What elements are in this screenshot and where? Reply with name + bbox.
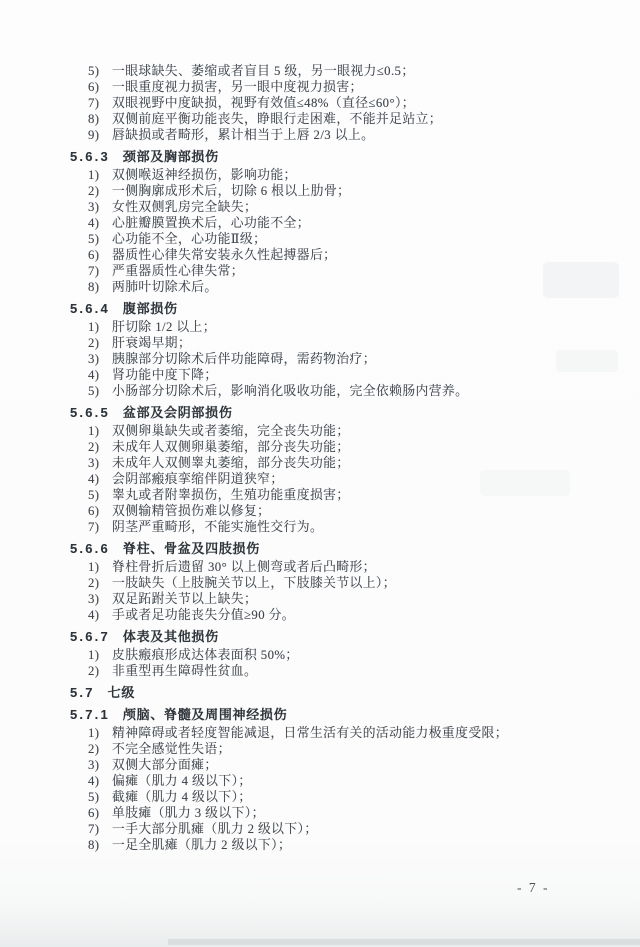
list-item: 3) 未成年人双侧睾丸萎缩，部分丧失功能； (88, 455, 640, 471)
item-text: 双足跖跗关节以上缺失； (112, 591, 640, 607)
section-heading: 5.7.1 颅脑、脊髓及周围神经损伤 (70, 707, 640, 723)
item-text: 两肺叶切除术后。 (112, 279, 640, 295)
list-item: 8) 一足全肌瘫（肌力 2 级以下）； (88, 837, 640, 853)
section-title: 颈部及胸部损伤 (123, 149, 219, 165)
item-number: 3) (88, 455, 112, 471)
section-title: 腹部损伤 (123, 301, 178, 317)
list-item: 6) 一眼重度视力损害，另一眼中度视力损害； (88, 79, 640, 95)
section-number: 5.6.3 (70, 149, 110, 165)
section-number: 5.6.7 (70, 629, 110, 645)
item-number: 2) (88, 439, 112, 455)
item-text: 一眼重度视力损害，另一眼中度视力损害； (112, 79, 640, 95)
list-item: 3) 女性双侧乳房完全缺失； (88, 199, 640, 215)
item-text: 未成年人双侧卵巢萎缩，部分丧失功能； (112, 439, 640, 455)
item-number: 3) (88, 757, 112, 773)
list-item: 9) 唇缺损或者畸形，累计相当于上唇 2/3 以上。 (88, 127, 640, 143)
section-heading: 5.7 七级 (70, 685, 640, 701)
item-text: 心脏瓣膜置换术后，心功能不全； (112, 215, 640, 231)
item-text: 一手大部分肌瘫（肌力 2 级以下）； (112, 821, 640, 837)
item-text: 皮肤瘢痕形成达体表面积 50%； (112, 647, 640, 663)
item-text: 双侧大部分面瘫； (112, 757, 640, 773)
item-text: 阴茎严重畸形，不能实施性交行为。 (112, 519, 640, 535)
section-title: 颅脑、脊髓及周围神经损伤 (123, 707, 287, 723)
list-item: 6) 双侧输精管损伤难以修复； (88, 503, 640, 519)
item-text: 偏瘫（肌力 4 级以下）； (112, 773, 640, 789)
item-text: 器质性心律失常安装永久性起搏器后； (112, 247, 640, 263)
page-number: - 7 - (517, 880, 550, 896)
list-item: 4) 肾功能中度下降； (88, 367, 640, 383)
list-item: 6) 器质性心律失常安装永久性起搏器后； (88, 247, 640, 263)
item-text: 精神障碍或者轻度智能减退，日常生活有关的活动能力极重度受限； (112, 725, 640, 741)
list-item: 5) 一眼球缺失、萎缩或者盲目 5 级，另一眼视力≤0.5； (88, 63, 640, 79)
section-heading: 5.6.5 盆部及会阴部损伤 (70, 405, 640, 421)
list-item: 7) 一手大部分肌瘫（肌力 2 级以下）； (88, 821, 640, 837)
item-text: 小肠部分切除术后，影响消化吸收功能，完全依赖肠内营养。 (112, 383, 640, 399)
item-number: 2) (88, 575, 112, 591)
item-number: 7) (88, 95, 112, 111)
item-number: 5) (88, 63, 112, 79)
item-number: 1) (88, 319, 112, 335)
list-item: 6) 单肢瘫（肌力 3 级以下）； (88, 805, 640, 821)
list-item: 5) 睾丸或者附睾损伤，生殖功能重度损害； (88, 487, 640, 503)
item-number: 3) (88, 591, 112, 607)
item-text: 睾丸或者附睾损伤，生殖功能重度损害； (112, 487, 640, 503)
list-item: 4) 会阴部瘢痕挛缩伴阴道狭窄； (88, 471, 640, 487)
list-item: 4) 手或者足功能丧失分值≥90 分。 (88, 607, 640, 623)
item-text: 唇缺损或者畸形，累计相当于上唇 2/3 以上。 (112, 127, 640, 143)
item-number: 1) (88, 559, 112, 575)
list-item: 2) 一肢缺失（上肢腕关节以上，下肢膝关节以上）； (88, 575, 640, 591)
item-text: 不完全感觉性失语； (112, 741, 640, 757)
item-text: 双侧输精管损伤难以修复； (112, 503, 640, 519)
list-item: 7) 阴茎严重畸形，不能实施性交行为。 (88, 519, 640, 535)
document-body: 5) 一眼球缺失、萎缩或者盲目 5 级，另一眼视力≤0.5； 6) 一眼重度视力… (0, 63, 640, 853)
item-number: 2) (88, 335, 112, 351)
item-text: 严重器质性心律失常； (112, 263, 640, 279)
list-item: 1) 脊柱骨折后遗留 30° 以上侧弯或者后凸畸形； (88, 559, 640, 575)
item-number: 1) (88, 423, 112, 439)
list-item: 2) 肝衰竭早期； (88, 335, 640, 351)
item-text: 会阴部瘢痕挛缩伴阴道狭窄； (112, 471, 640, 487)
list-item: 2) 不完全感觉性失语； (88, 741, 640, 757)
item-text: 单肢瘫（肌力 3 级以下）； (112, 805, 640, 821)
section-number: 5.7.1 (70, 707, 110, 723)
item-number: 4) (88, 471, 112, 487)
item-text: 胰腺部分切除术后伴功能障碍，需药物治疗； (112, 351, 640, 367)
item-number: 4) (88, 215, 112, 231)
item-number: 8) (88, 279, 112, 295)
list-item: 2) 未成年人双侧卵巢萎缩，部分丧失功能； (88, 439, 640, 455)
list-item: 5) 截瘫（肌力 4 级以下）； (88, 789, 640, 805)
item-text: 肝衰竭早期； (112, 335, 640, 351)
item-number: 2) (88, 183, 112, 199)
list-item: 8) 双侧前庭平衡功能丧失，睁眼行走困难，不能并足站立； (88, 111, 640, 127)
item-number: 1) (88, 647, 112, 663)
list-item: 1) 皮肤瘢痕形成达体表面积 50%； (88, 647, 640, 663)
section-title: 七级 (108, 685, 135, 701)
scan-shadow-band (0, 900, 640, 947)
section-number: 5.6.6 (70, 541, 110, 557)
item-text: 一眼球缺失、萎缩或者盲目 5 级，另一眼视力≤0.5； (112, 63, 640, 79)
item-text: 双侧喉返神经损伤，影响功能； (112, 167, 640, 183)
item-number: 5) (88, 487, 112, 503)
item-text: 手或者足功能丧失分值≥90 分。 (112, 607, 640, 623)
list-item: 7) 双眼视野中度缺损，视野有效值≤48%（直径≤60°）； (88, 95, 640, 111)
item-number: 1) (88, 725, 112, 741)
item-number: 3) (88, 351, 112, 367)
item-number: 6) (88, 503, 112, 519)
item-text: 一足全肌瘫（肌力 2 级以下）； (112, 837, 640, 853)
section-number: 5.6.4 (70, 301, 110, 317)
item-number: 4) (88, 773, 112, 789)
item-number: 7) (88, 263, 112, 279)
item-number: 5) (88, 383, 112, 399)
item-text: 非重型再生障碍性贫血。 (112, 663, 640, 679)
item-number: 1) (88, 167, 112, 183)
section-heading: 5.6.4 腹部损伤 (70, 301, 640, 317)
list-item: 1) 双侧喉返神经损伤，影响功能； (88, 167, 640, 183)
list-item: 1) 肝切除 1/2 以上； (88, 319, 640, 335)
section-title: 脊柱、骨盆及四肢损伤 (123, 541, 260, 557)
list-item: 3) 双足跖跗关节以上缺失； (88, 591, 640, 607)
section-heading: 5.6.6 脊柱、骨盆及四肢损伤 (70, 541, 640, 557)
item-number: 5) (88, 231, 112, 247)
list-item: 5) 小肠部分切除术后，影响消化吸收功能，完全依赖肠内营养。 (88, 383, 640, 399)
item-text: 肾功能中度下降； (112, 367, 640, 383)
item-number: 9) (88, 127, 112, 143)
item-text: 截瘫（肌力 4 级以下）； (112, 789, 640, 805)
section-title: 体表及其他损伤 (123, 629, 219, 645)
item-text: 女性双侧乳房完全缺失； (112, 199, 640, 215)
item-number: 8) (88, 111, 112, 127)
list-item: 3) 双侧大部分面瘫； (88, 757, 640, 773)
item-text: 未成年人双侧睾丸萎缩，部分丧失功能； (112, 455, 640, 471)
item-text: 一侧胸廓成形术后，切除 6 根以上肋骨； (112, 183, 640, 199)
list-item: 8) 两肺叶切除术后。 (88, 279, 640, 295)
section-number: 5.6.5 (70, 405, 110, 421)
item-number: 6) (88, 247, 112, 263)
list-item: 4) 偏瘫（肌力 4 级以下）； (88, 773, 640, 789)
item-text: 肝切除 1/2 以上； (112, 319, 640, 335)
item-number: 8) (88, 837, 112, 853)
item-text: 双侧前庭平衡功能丧失，睁眼行走困难，不能并足站立； (112, 111, 640, 127)
list-item: 3) 胰腺部分切除术后伴功能障碍，需药物治疗； (88, 351, 640, 367)
list-item: 1) 精神障碍或者轻度智能减退，日常生活有关的活动能力极重度受限； (88, 725, 640, 741)
item-number: 3) (88, 199, 112, 215)
list-item: 2) 一侧胸廓成形术后，切除 6 根以上肋骨； (88, 183, 640, 199)
section-heading: 5.6.7 体表及其他损伤 (70, 629, 640, 645)
section-heading: 5.6.3 颈部及胸部损伤 (70, 149, 640, 165)
list-item: 4) 心脏瓣膜置换术后，心功能不全； (88, 215, 640, 231)
item-number: 7) (88, 821, 112, 837)
scan-page-edge (168, 939, 640, 945)
scanned-document-page: 5) 一眼球缺失、萎缩或者盲目 5 级，另一眼视力≤0.5； 6) 一眼重度视力… (0, 0, 640, 947)
item-text: 一肢缺失（上肢腕关节以上，下肢膝关节以上）； (112, 575, 640, 591)
list-item: 7) 严重器质性心律失常； (88, 263, 640, 279)
item-number: 7) (88, 519, 112, 535)
item-number: 6) (88, 805, 112, 821)
item-number: 6) (88, 79, 112, 95)
item-text: 双侧卵巢缺失或者萎缩，完全丧失功能； (112, 423, 640, 439)
list-item: 5) 心功能不全，心功能Ⅱ级； (88, 231, 640, 247)
item-number: 4) (88, 607, 112, 623)
list-item: 1) 双侧卵巢缺失或者萎缩，完全丧失功能； (88, 423, 640, 439)
item-number: 2) (88, 663, 112, 679)
item-text: 双眼视野中度缺损，视野有效值≤48%（直径≤60°）； (112, 95, 640, 111)
item-number: 4) (88, 367, 112, 383)
list-item: 2) 非重型再生障碍性贫血。 (88, 663, 640, 679)
item-number: 2) (88, 741, 112, 757)
item-text: 脊柱骨折后遗留 30° 以上侧弯或者后凸畸形； (112, 559, 640, 575)
section-number: 5.7 (70, 685, 95, 701)
item-number: 5) (88, 789, 112, 805)
item-text: 心功能不全，心功能Ⅱ级； (112, 231, 640, 247)
section-title: 盆部及会阴部损伤 (123, 405, 233, 421)
